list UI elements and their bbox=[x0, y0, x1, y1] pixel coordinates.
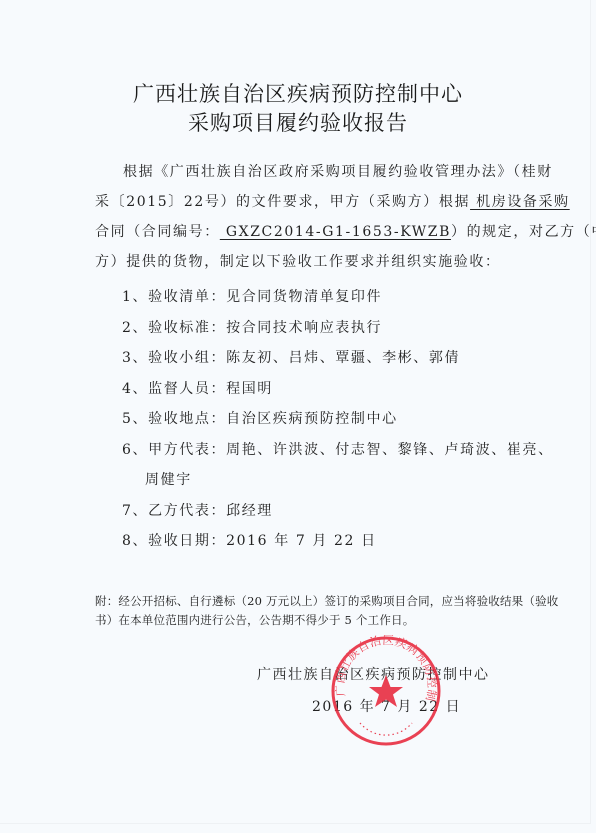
intro-line-1: 根据《广西壮族自治区政府采购项目履约验收管理办法》（桂财 bbox=[95, 157, 525, 187]
item-number: 5、 bbox=[122, 411, 148, 427]
item-number: 3、 bbox=[122, 350, 148, 366]
list-item: 3、验收小组：陈友初、吕炜、覃疆、李彬、郭倩 bbox=[122, 343, 554, 374]
item-value: 周艳、许洪波、付志智、黎锋、卢琦波、崔亮、 bbox=[226, 442, 554, 458]
item-label: 甲方代表： bbox=[148, 442, 226, 458]
item-value: 程国明 bbox=[226, 381, 273, 397]
item-label: 验收小组： bbox=[148, 350, 226, 366]
item-number: 7、 bbox=[122, 503, 148, 519]
official-seal-icon: 广西壮族自治区疾病预防控制中心 bbox=[330, 635, 442, 747]
intro-line-3-prefix: 合同（合同编号： bbox=[95, 224, 220, 240]
item-number: 2、 bbox=[122, 320, 148, 336]
list-item: 6、甲方代表：周艳、许洪波、付志智、黎锋、卢琦波、崔亮、 bbox=[122, 435, 554, 466]
item-number: 1、 bbox=[122, 289, 148, 305]
item-number: 8、 bbox=[122, 533, 148, 549]
acceptance-items-list: 1、验收清单：见合同货物清单复印件 2、验收标准：按合同技术响应表执行 3、验收… bbox=[122, 282, 554, 557]
item-value: 见合同货物清单复印件 bbox=[226, 289, 382, 305]
item-number: 4、 bbox=[122, 381, 148, 397]
item-value: 陈友初、吕炜、覃疆、李彬、郭倩 bbox=[226, 350, 460, 366]
list-item: 7、乙方代表：邱经理 bbox=[122, 496, 554, 527]
list-item-continuation: 周健宇 bbox=[122, 465, 554, 496]
list-item: 2、验收标准：按合同技术响应表执行 bbox=[122, 313, 554, 344]
list-item: 8、验收日期：2016 年 7 月 22 日 bbox=[122, 526, 554, 557]
item-label: 乙方代表： bbox=[148, 503, 226, 519]
document-title-line1: 广西壮族自治区疾病预防控制中心 bbox=[0, 78, 596, 108]
item-value: 邱经理 bbox=[226, 503, 273, 519]
item-label: 验收日期： bbox=[148, 533, 226, 549]
contract-number: GXZC2014-G1-1653-KWZB bbox=[220, 224, 451, 240]
item-value: 自治区疾病预防控制中心 bbox=[226, 411, 398, 427]
item-label: 验收清单： bbox=[148, 289, 226, 305]
list-item: 5、验收地点：自治区疾病预防控制中心 bbox=[122, 404, 554, 435]
footnote-line-2: 书）在本单位范围内进行公告，公告期不得少于 5 个工作日。 bbox=[95, 611, 525, 630]
page-edge-bottom bbox=[0, 823, 590, 824]
item-label: 验收地点： bbox=[148, 411, 226, 427]
intro-line-3: 合同（合同编号： GXZC2014-G1-1653-KWZB）的规定，对乙方（中… bbox=[95, 217, 525, 247]
item-label: 验收标准： bbox=[148, 320, 226, 336]
item-number: 6、 bbox=[122, 442, 148, 458]
list-item: 1、验收清单：见合同货物清单复印件 bbox=[122, 282, 554, 313]
document-title-line2: 采购项目履约验收报告 bbox=[0, 107, 596, 137]
item-value: 按合同技术响应表执行 bbox=[226, 320, 382, 336]
intro-paragraph: 根据《广西壮族自治区政府采购项目履约验收管理办法》（桂财 采〔2015〕22号）… bbox=[95, 157, 525, 277]
intro-line-2: 采〔2015〕22号）的文件要求，甲方（采购方）根据 机房设备采购 bbox=[95, 187, 525, 217]
footnote-line-1: 附：经公开招标、自行遴标（20 万元以上）签订的采购项目合同，应当将验收结果（验… bbox=[95, 592, 525, 611]
item-value: 2016 年 7 月 22 日 bbox=[226, 533, 377, 549]
footnote: 附：经公开招标、自行遴标（20 万元以上）签订的采购项目合同，应当将验收结果（验… bbox=[95, 592, 525, 630]
intro-line-2-text: 采〔2015〕22号）的文件要求，甲方（采购方）根据 bbox=[95, 194, 470, 210]
intro-line-4: 方）提供的货物，制定以下验收工作要求并组织实施验收： bbox=[95, 247, 525, 277]
page-edge-right bbox=[590, 0, 591, 824]
item-label: 监督人员： bbox=[148, 381, 226, 397]
intro-line-3-suffix: ）的规定，对乙方（中标 bbox=[451, 224, 596, 240]
project-name: 机房设备采购 bbox=[470, 194, 570, 210]
list-item: 4、监督人员：程国明 bbox=[122, 374, 554, 405]
